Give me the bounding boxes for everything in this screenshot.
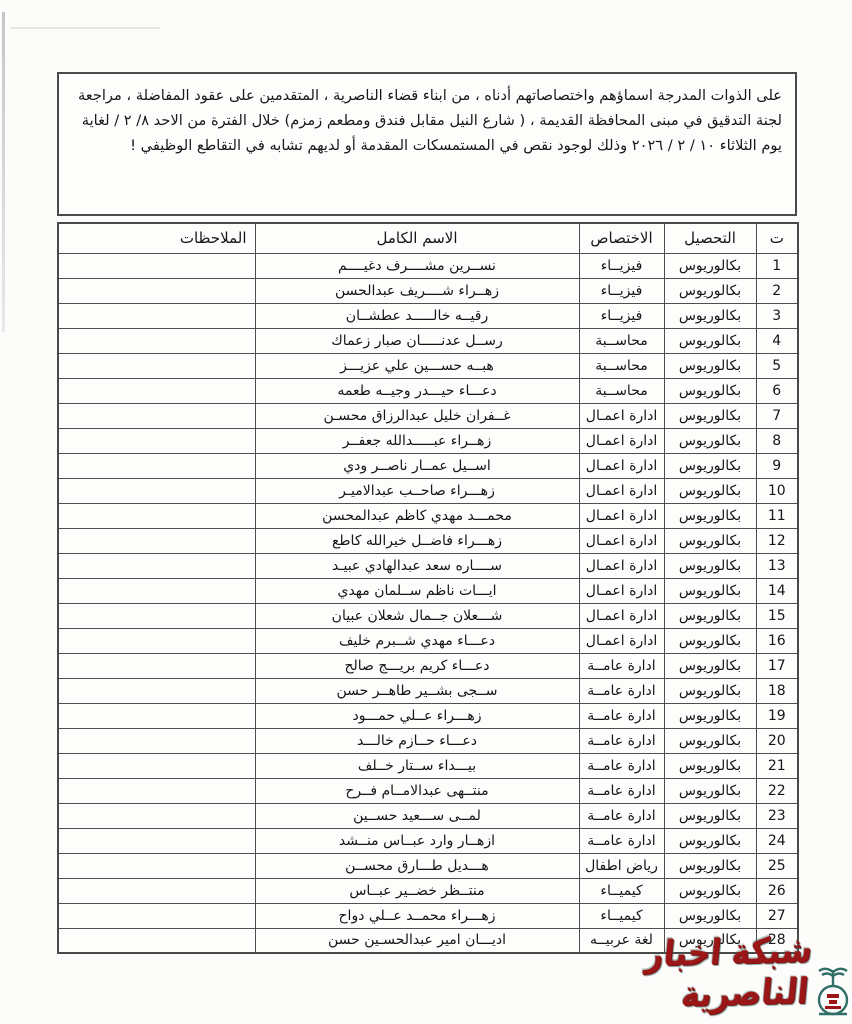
table-row: 18بكالوريوسادارة عامــةســجى بشــير طاهـ… <box>58 678 798 703</box>
cell-full-name: منتــظر خضــير عبــاس <box>255 878 579 903</box>
cell-notes <box>58 928 255 953</box>
cell-specialization: ادارة اعمـال <box>579 528 664 553</box>
cell-full-name: ســــاره سعد عبدالهادي عبيـد <box>255 553 579 578</box>
cell-notes <box>58 503 255 528</box>
cell-full-name: منتــهى عبدالامــام فــرح <box>255 778 579 803</box>
cell-num: 19 <box>756 703 798 728</box>
cell-num: 1 <box>756 253 798 278</box>
cell-specialization: محاســبة <box>579 378 664 403</box>
table-row: 14بكالوريوسادارة اعمـالايـــات ناظم ســل… <box>58 578 798 603</box>
cell-specialization: ادارة عامــة <box>579 653 664 678</box>
cell-specialization: ادارة اعمـال <box>579 503 664 528</box>
cell-notes <box>58 853 255 878</box>
cell-notes <box>58 553 255 578</box>
cell-specialization: ادارة اعمـال <box>579 553 664 578</box>
cell-full-name: ســجى بشــير طاهــر حسن <box>255 678 579 703</box>
cell-specialization: محاســبة <box>579 353 664 378</box>
table-row: 3بكالوريوسفيزيــاءرقيــه خالـــــد عطشــ… <box>58 303 798 328</box>
cell-notes <box>58 253 255 278</box>
cell-education: بكالوريوس <box>664 578 756 603</box>
table-row: 7بكالوريوسادارة اعمـالغــفران خليل عبدال… <box>58 403 798 428</box>
cell-education: بكالوريوس <box>664 878 756 903</box>
table-row: 16بكالوريوسادارة اعمـالدعـــاء مهدي شــب… <box>58 628 798 653</box>
cell-notes <box>58 828 255 853</box>
cell-full-name: رســل عدنـــــان صبار زعماك <box>255 328 579 353</box>
cell-education: بكالوريوس <box>664 403 756 428</box>
table-row: 23بكالوريوسادارة عامــةلمــى ســـعيد حسـ… <box>58 803 798 828</box>
cell-education: بكالوريوس <box>664 453 756 478</box>
cell-education: بكالوريوس <box>664 503 756 528</box>
cell-notes <box>58 753 255 778</box>
cell-notes <box>58 578 255 603</box>
column-header-num: ت <box>756 223 798 253</box>
cell-education: بكالوريوس <box>664 628 756 653</box>
cell-notes <box>58 803 255 828</box>
cell-notes <box>58 278 255 303</box>
scan-edge-artifact-top <box>10 27 160 29</box>
column-header-specialization: الاختصاص <box>579 223 664 253</box>
cell-num: 2 <box>756 278 798 303</box>
cell-num: 18 <box>756 678 798 703</box>
table-row: 2بكالوريوسفيزيــاءزهــراء شــــريف عبدال… <box>58 278 798 303</box>
table-row: 4بكالوريوسمحاســبةرســل عدنـــــان صبار … <box>58 328 798 353</box>
cell-specialization: ادارة اعمـال <box>579 403 664 428</box>
watermark-calligraphy-text: شبكة اخبار الناصرية <box>589 929 814 1017</box>
cell-education: بكالوريوس <box>664 903 756 928</box>
cell-education: بكالوريوس <box>664 603 756 628</box>
cell-full-name: محمـــد مهدي كاظم عبدالمحسن <box>255 503 579 528</box>
table-row: 5بكالوريوسمحاســبةهبــه حســـين علي عزيـ… <box>58 353 798 378</box>
notice-box: على الذوات المدرجة اسماؤهم واختصاصاتهم أ… <box>57 72 797 216</box>
column-header-education: التحصيل <box>664 223 756 253</box>
cell-specialization: ادارة اعمـال <box>579 603 664 628</box>
table-header: ت التحصيل الاختصاص الاسم الكامل الملاحظا… <box>58 223 798 253</box>
cell-specialization: ادارة اعمـال <box>579 578 664 603</box>
header-row: ت التحصيل الاختصاص الاسم الكامل الملاحظا… <box>58 223 798 253</box>
notice-paragraph: على الذوات المدرجة اسماؤهم واختصاصاتهم أ… <box>72 83 782 158</box>
cell-specialization: ادارة عامــة <box>579 703 664 728</box>
cell-notes <box>58 728 255 753</box>
cell-num: 10 <box>756 478 798 503</box>
table-row: 15بكالوريوسادارة اعمـالشـــعلان جــمال ش… <box>58 603 798 628</box>
table-row: 8بكالوريوسادارة اعمـالزهــراء عبـــــدال… <box>58 428 798 453</box>
cell-notes <box>58 678 255 703</box>
news-network-watermark: شبكة اخبار الناصرية <box>590 960 852 1022</box>
cell-notes <box>58 903 255 928</box>
cell-num: 15 <box>756 603 798 628</box>
cell-notes <box>58 653 255 678</box>
cell-education: بكالوريوس <box>664 803 756 828</box>
cell-full-name: نســرين مشــــرف دغيــــم <box>255 253 579 278</box>
cell-num: 20 <box>756 728 798 753</box>
cell-num: 21 <box>756 753 798 778</box>
cell-notes <box>58 528 255 553</box>
column-header-full-name: الاسم الكامل <box>255 223 579 253</box>
cell-full-name: بيـــداء ســتار خــلف <box>255 753 579 778</box>
cell-num: 6 <box>756 378 798 403</box>
cell-full-name: زهـــراء صاحــب عبدالاميـر <box>255 478 579 503</box>
cell-education: بكالوريوس <box>664 328 756 353</box>
cell-full-name: اديـــان امير عبدالحسـين حسن <box>255 928 579 953</box>
cell-num: 13 <box>756 553 798 578</box>
table-row: 1بكالوريوسفيزيــاءنســرين مشــــرف دغيــ… <box>58 253 798 278</box>
cell-specialization: ادارة عامــة <box>579 828 664 853</box>
cell-full-name: دعـــاء حيـــدر وجيــه طعمه <box>255 378 579 403</box>
cell-num: 11 <box>756 503 798 528</box>
cell-education: بكالوريوس <box>664 253 756 278</box>
cell-full-name: اســيل عمــار ناصــر ودي <box>255 453 579 478</box>
cell-num: 4 <box>756 328 798 353</box>
cell-full-name: دعـــاء كريم بريـــج صالح <box>255 653 579 678</box>
cell-notes <box>58 603 255 628</box>
cell-notes <box>58 453 255 478</box>
cell-notes <box>58 378 255 403</box>
table-row: 9بكالوريوسادارة اعمـالاســيل عمــار ناصـ… <box>58 453 798 478</box>
table-row: 10بكالوريوسادارة اعمـالزهـــراء صاحــب ع… <box>58 478 798 503</box>
cell-full-name: زهــراء شــــريف عبدالحسن <box>255 278 579 303</box>
cell-specialization: كيميــاء <box>579 878 664 903</box>
cell-num: 14 <box>756 578 798 603</box>
cell-specialization: ادارة اعمـال <box>579 628 664 653</box>
cell-education: بكالوريوس <box>664 653 756 678</box>
cell-full-name: زهـــراء فاضــل خيرالله كاطع <box>255 528 579 553</box>
cell-specialization: ادارة عامــة <box>579 803 664 828</box>
cell-education: بكالوريوس <box>664 778 756 803</box>
cell-education: بكالوريوس <box>664 528 756 553</box>
cell-full-name: لمــى ســـعيد حســين <box>255 803 579 828</box>
table-row: 22بكالوريوسادارة عامــةمنتــهى عبدالامــ… <box>58 778 798 803</box>
cell-num: 3 <box>756 303 798 328</box>
cell-num: 16 <box>756 628 798 653</box>
cell-specialization: فيزيــاء <box>579 303 664 328</box>
cell-specialization: فيزيــاء <box>579 278 664 303</box>
cell-num: 26 <box>756 878 798 903</box>
cell-education: بكالوريوس <box>664 678 756 703</box>
cell-specialization: ادارة اعمـال <box>579 478 664 503</box>
cell-notes <box>58 353 255 378</box>
table-row: 27بكالوريوسكيميــاءزهـــراء محمــد عــلي… <box>58 903 798 928</box>
cell-num: 7 <box>756 403 798 428</box>
cell-full-name: دعـــاء حــازم خالـــد <box>255 728 579 753</box>
cell-specialization: ادارة عامــة <box>579 753 664 778</box>
table-row: 25بكالوريوسرياض اطفالهـــديل طـــارق محس… <box>58 853 798 878</box>
cell-education: بكالوريوس <box>664 378 756 403</box>
cell-notes <box>58 878 255 903</box>
cell-education: بكالوريوس <box>664 303 756 328</box>
cell-num: 12 <box>756 528 798 553</box>
cell-notes <box>58 403 255 428</box>
cell-education: بكالوريوس <box>664 728 756 753</box>
cell-notes <box>58 428 255 453</box>
table-row: 24بكالوريوسادارة عامــةازهــار وارد عبــ… <box>58 828 798 853</box>
cell-education: بكالوريوس <box>664 753 756 778</box>
cell-notes <box>58 478 255 503</box>
cell-full-name: رقيــه خالـــــد عطشــان <box>255 303 579 328</box>
cell-full-name: ازهــار وارد عبــاس منــشد <box>255 828 579 853</box>
cell-num: 23 <box>756 803 798 828</box>
cell-full-name: هـــديل طـــارق محســن <box>255 853 579 878</box>
table-row: 11بكالوريوسادارة اعمـالمحمـــد مهدي كاظم… <box>58 503 798 528</box>
cell-notes <box>58 628 255 653</box>
column-header-notes: الملاحظات <box>58 223 255 253</box>
table-row: 21بكالوريوسادارة عامــةبيـــداء ســتار خ… <box>58 753 798 778</box>
applicants-table: ت التحصيل الاختصاص الاسم الكامل الملاحظا… <box>57 222 799 954</box>
cell-full-name: غــفران خليل عبدالرزاق محسـن <box>255 403 579 428</box>
cell-education: بكالوريوس <box>664 353 756 378</box>
cell-notes <box>58 328 255 353</box>
cell-full-name: زهـــراء محمــد عــلي دواح <box>255 903 579 928</box>
cell-specialization: رياض اطفال <box>579 853 664 878</box>
table-row: 13بكالوريوسادارة اعمـالســــاره سعد عبدا… <box>58 553 798 578</box>
cell-num: 5 <box>756 353 798 378</box>
cell-full-name: ايـــات ناظم ســلمان مهدي <box>255 578 579 603</box>
scan-edge-artifact <box>2 12 5 332</box>
cell-full-name: دعـــاء مهدي شــبرم خليف <box>255 628 579 653</box>
cell-specialization: ادارة عامــة <box>579 678 664 703</box>
cell-specialization: ادارة عامــة <box>579 778 664 803</box>
cell-education: بكالوريوس <box>664 703 756 728</box>
table-row: 17بكالوريوسادارة عامــةدعـــاء كريم بريـ… <box>58 653 798 678</box>
cell-notes <box>58 303 255 328</box>
cell-specialization: ادارة اعمـال <box>579 453 664 478</box>
table-row: 6بكالوريوسمحاســبةدعـــاء حيـــدر وجيــه… <box>58 378 798 403</box>
cell-specialization: محاســبة <box>579 328 664 353</box>
cell-education: بكالوريوس <box>664 428 756 453</box>
table-row: 12بكالوريوسادارة اعمـالزهـــراء فاضــل خ… <box>58 528 798 553</box>
cell-num: 27 <box>756 903 798 928</box>
cell-num: 9 <box>756 453 798 478</box>
cell-num: 22 <box>756 778 798 803</box>
cell-education: بكالوريوس <box>664 553 756 578</box>
cell-specialization: كيميــاء <box>579 903 664 928</box>
nasiriyah-emblem-icon <box>810 964 852 1022</box>
cell-education: بكالوريوس <box>664 853 756 878</box>
cell-num: 17 <box>756 653 798 678</box>
cell-specialization: ادارة عامــة <box>579 728 664 753</box>
table-row: 19بكالوريوسادارة عامــةزهـــراء عــلي حم… <box>58 703 798 728</box>
cell-notes <box>58 703 255 728</box>
cell-num: 8 <box>756 428 798 453</box>
cell-specialization: ادارة اعمـال <box>579 428 664 453</box>
table-row: 20بكالوريوسادارة عامــةدعـــاء حــازم خا… <box>58 728 798 753</box>
cell-notes <box>58 778 255 803</box>
cell-education: بكالوريوس <box>664 828 756 853</box>
table-row: 26بكالوريوسكيميــاءمنتــظر خضــير عبــاس <box>58 878 798 903</box>
cell-specialization: فيزيــاء <box>579 253 664 278</box>
table-body: 1بكالوريوسفيزيــاءنســرين مشــــرف دغيــ… <box>58 253 798 953</box>
cell-num: 25 <box>756 853 798 878</box>
cell-full-name: شـــعلان جــمال شعلان عبيان <box>255 603 579 628</box>
cell-full-name: هبــه حســـين علي عزيـــز <box>255 353 579 378</box>
cell-education: بكالوريوس <box>664 478 756 503</box>
cell-education: بكالوريوس <box>664 278 756 303</box>
cell-full-name: زهـــراء عــلي حمـــود <box>255 703 579 728</box>
cell-num: 24 <box>756 828 798 853</box>
cell-full-name: زهــراء عبـــــدالله جعفــر <box>255 428 579 453</box>
